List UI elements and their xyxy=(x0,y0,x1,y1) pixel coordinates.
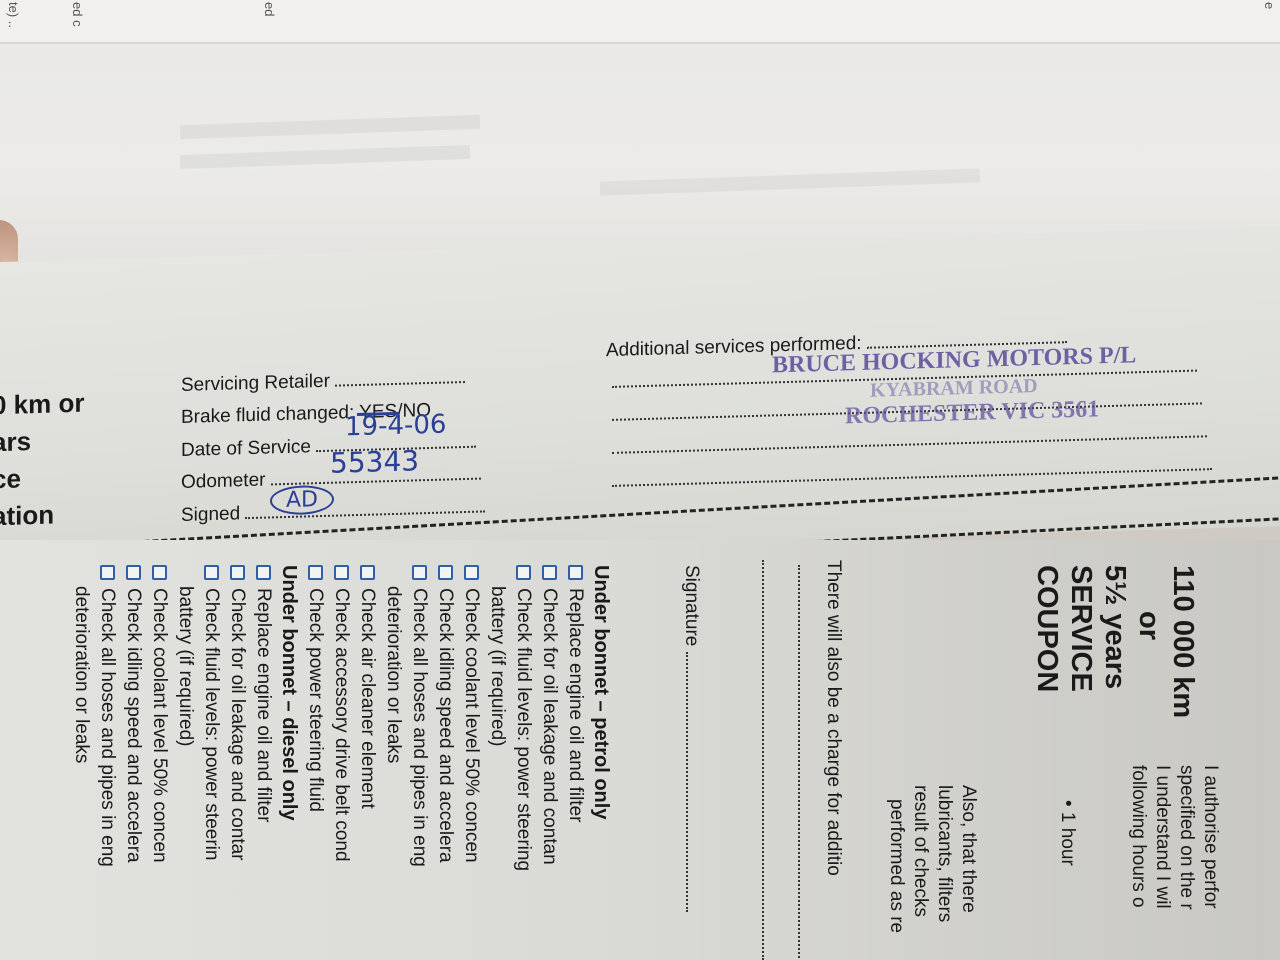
checklist-item[interactable]: Replace engine oil and filter xyxy=(562,565,588,871)
item-label: Check all hoses and pipes in eng xyxy=(409,588,430,867)
checklist-item[interactable]: Check fluid levels: power steerin xyxy=(198,565,224,871)
checkbox[interactable] xyxy=(412,565,427,580)
petrol-checklist: Under bonnet – petrol only Replace engin… xyxy=(68,565,614,871)
servicing-retailer-label: Servicing Retailer xyxy=(181,371,330,396)
item-label: Check accessory drive belt cond xyxy=(331,588,352,862)
checkbox[interactable] xyxy=(334,565,349,580)
item-label: battery (if required) xyxy=(175,586,196,747)
checkbox[interactable] xyxy=(230,565,245,580)
ghost-text-bleed xyxy=(600,168,980,195)
item-label: Check all hoses and pipes in eng xyxy=(97,588,118,867)
ghost-text-bleed xyxy=(180,115,480,139)
item-label: deterioration or leaks xyxy=(71,586,92,763)
petrol-heading: Under bonnet – petrol only xyxy=(588,565,614,871)
checkbox[interactable] xyxy=(464,565,479,580)
checklist-item[interactable]: Check idling speed and accelera xyxy=(432,565,458,871)
item-label: deterioration or leaks xyxy=(383,586,404,763)
checkbox[interactable] xyxy=(204,565,219,580)
checklist-item[interactable]: Check coolant level 50% concen xyxy=(146,565,172,871)
checklist-item-continuation: deterioration or leaks xyxy=(380,565,406,871)
item-label: Check for oil leakage and contar xyxy=(227,588,248,861)
checklist-item[interactable]: Check for oil leakage and contan xyxy=(536,565,562,871)
edge-fragment: e xyxy=(1262,2,1277,9)
signature-line[interactable] xyxy=(686,652,688,912)
checklist-item-continuation: battery (if required) xyxy=(172,565,198,871)
checklist-item[interactable]: Check accessory drive belt cond xyxy=(328,565,354,871)
checkbox[interactable] xyxy=(542,565,557,580)
item-label: Check power steering fluid xyxy=(305,588,326,812)
authorisation-line[interactable] xyxy=(798,565,800,960)
coupon-title-fragment: 0 km or ars ce ation xyxy=(0,385,85,536)
checklist-item[interactable]: Check all hoses and pipes in eng xyxy=(406,565,432,871)
checkbox[interactable] xyxy=(568,565,583,580)
signature-field[interactable]: Signature xyxy=(678,565,704,912)
item-label: Check for oil leakage and contan xyxy=(539,588,560,865)
checkbox[interactable] xyxy=(516,565,531,580)
item-label: Replace engine oil and filter xyxy=(565,588,586,823)
text-line: I authorise perfor xyxy=(1198,765,1222,910)
text-line: following hours o xyxy=(1126,765,1150,910)
odometer-value: 55343 xyxy=(330,444,419,479)
item-label: Check idling speed and accelera xyxy=(123,588,144,863)
ghost-text-bleed xyxy=(180,145,470,169)
text-line: specified on the r xyxy=(1174,765,1198,910)
heading-line: SERVICE xyxy=(1064,565,1098,718)
also-text: Also, that there lubricants, filters res… xyxy=(884,785,980,933)
heading-line: 5½ years xyxy=(1098,565,1132,718)
item-label: Check fluid levels: power steering xyxy=(513,588,534,871)
diesel-heading: Under bonnet – diesel only xyxy=(276,565,302,871)
signature-label: Signature xyxy=(681,565,702,646)
checkbox[interactable] xyxy=(152,565,167,580)
title-line: ars xyxy=(0,422,85,462)
title-line: 0 km or xyxy=(0,385,85,425)
title-line: ce xyxy=(0,459,85,499)
hours-bullet: • 1 hour xyxy=(1054,800,1080,866)
checklist-item-continuation: deterioration or leaks xyxy=(68,565,94,871)
text-line: lubricants, filters xyxy=(932,785,956,933)
item-label: battery (if required) xyxy=(487,586,508,747)
checklist-item[interactable]: Check air cleaner element xyxy=(354,565,380,871)
servicing-retailer-line[interactable] xyxy=(335,367,465,387)
checkbox[interactable] xyxy=(256,565,271,580)
checklist-item[interactable]: Check power steering fluid xyxy=(302,565,328,871)
edge-fragment: ed c xyxy=(70,2,85,27)
signed-label: Signed xyxy=(181,503,240,526)
date-of-service-value: 19-4-06 xyxy=(345,410,446,443)
item-label: Check coolant level 50% concen xyxy=(461,588,482,863)
authorisation-line[interactable] xyxy=(762,560,764,960)
text-line: Also, that there xyxy=(956,785,980,933)
odometer-label: Odometer xyxy=(181,470,265,493)
title-line: ation xyxy=(0,496,85,536)
checkbox[interactable] xyxy=(360,565,375,580)
date-of-service-label: Date of Service xyxy=(181,436,311,461)
item-label: Check coolant level 50% concen xyxy=(149,588,170,863)
checkbox[interactable] xyxy=(100,565,115,580)
item-label: Replace engine oil and filter xyxy=(253,588,274,823)
item-label: Check idling speed and accelera xyxy=(435,588,456,863)
brake-fluid-label: Brake fluid changed: xyxy=(181,402,354,428)
checklist-item[interactable]: Check for oil leakage and contar xyxy=(224,565,250,871)
dotted-line[interactable] xyxy=(612,454,1212,487)
text-line: result of checks xyxy=(908,785,932,933)
checkbox[interactable] xyxy=(438,565,453,580)
edge-fragment: te) .. xyxy=(6,2,21,28)
authorisation-text: I authorise perfor specified on the r I … xyxy=(1126,765,1222,910)
edge-fragment: ed xyxy=(262,2,277,16)
checklist-item[interactable]: Check fluid levels: power steering xyxy=(510,565,536,871)
checklist-item[interactable]: Replace engine oil and filter xyxy=(250,565,276,871)
servicing-retailer-field[interactable]: Servicing Retailer xyxy=(181,367,465,397)
checklist-item-continuation: battery (if required) xyxy=(484,565,510,871)
additional-charge-text: There will also be a charge for additio xyxy=(820,560,846,876)
previous-page-edge: te) .. ed c ed e xyxy=(0,0,1280,44)
text-line: I understand I wil xyxy=(1150,765,1174,910)
checklist-item[interactable]: Check coolant level 50% concen xyxy=(458,565,484,871)
text-line: performed as re xyxy=(884,785,908,933)
heading-line: 110 000 km xyxy=(1166,565,1200,718)
checklist-item[interactable]: Check all hoses and pipes in eng xyxy=(94,565,120,871)
item-label: Check fluid levels: power steerin xyxy=(201,588,222,860)
heading-line: COUPON xyxy=(1030,565,1064,718)
checkbox[interactable] xyxy=(308,565,323,580)
coupon-heading: 110 000 km or 5½ years SERVICE COUPON xyxy=(1030,565,1200,718)
item-label: Check air cleaner element xyxy=(357,588,378,809)
checklist-item[interactable]: Check idling speed and accelera xyxy=(120,565,146,871)
checkbox[interactable] xyxy=(126,565,141,580)
heading-line: or xyxy=(1132,565,1166,718)
